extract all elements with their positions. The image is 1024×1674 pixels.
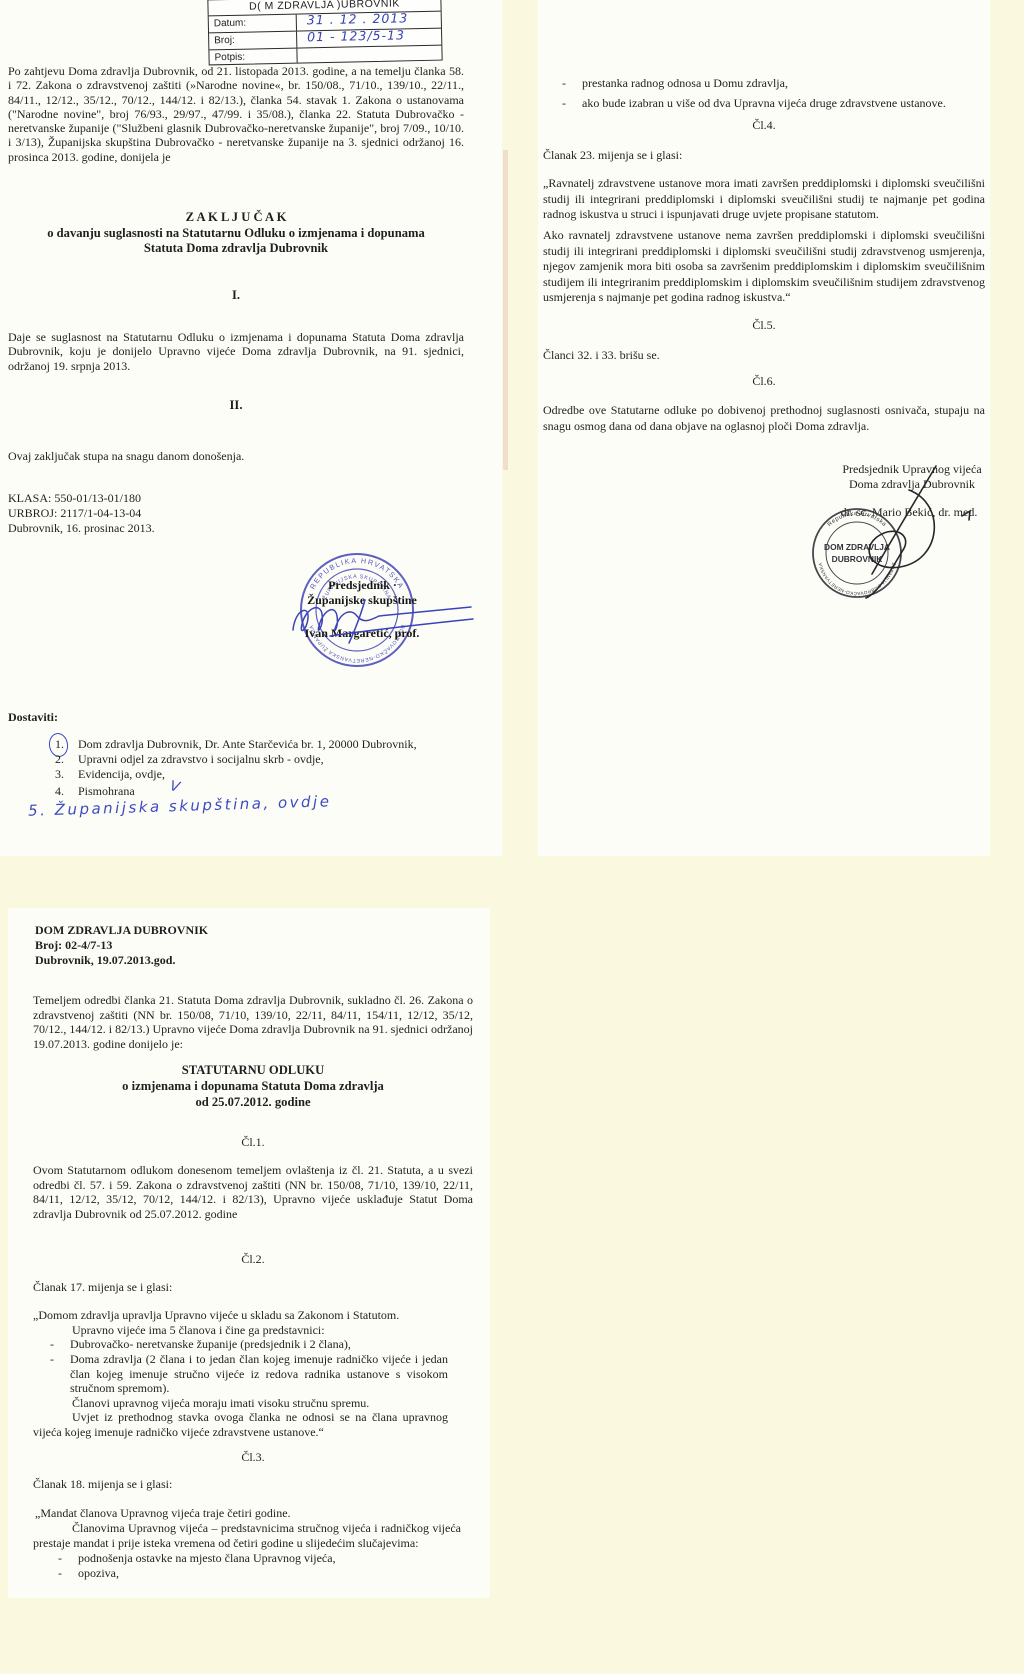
decision-subtitle-2: od 25.07.2012. godine (33, 1095, 473, 1111)
item-text: Upravni odjel za zdravstvo i socijalnu s… (78, 752, 480, 766)
item-number: 2. (55, 752, 75, 766)
clanak-17-text-1: „Domom zdravlja upravlja Upravno vijeće … (33, 1308, 473, 1323)
clanak-17-text-4: Uvjet iz prethodnog stavka ovoga članka … (33, 1410, 448, 1439)
conclusion-subtitle-1: o davanju suglasnosti na Statutarnu Odlu… (8, 226, 464, 242)
decision-title: STATUTARNU ODLUKU (33, 1063, 473, 1079)
scanned-document-composite: { "stamp_box": { "title": "D( M ZDRAVLJA… (0, 0, 1024, 1674)
page-edge-artifact (503, 150, 508, 470)
dash-bullet: - (562, 76, 566, 92)
page-statutory-decision-scan-p2: - prestanka radnog odnosa u Domu zdravlj… (538, 0, 990, 856)
conclusion-title: Z A K L J U Č A K (8, 210, 464, 226)
datum-label: Datum: (209, 15, 297, 33)
consent-paragraph: Daje se suglasnost na Statutarnu Odluku … (8, 330, 464, 373)
received-stamp-table: D( M ZDRAVLJA )UBROVNIK Datum: 31 . 12 .… (207, 0, 442, 65)
urbroj-line: URBROJ: 2117/1-04-13-04 (8, 506, 141, 520)
dostaviti-item-3: 3. Evidencija, ovdje, (0, 767, 500, 782)
clanak-18-text-2: Članovima Upravnog vijeća – predstavnici… (33, 1521, 461, 1550)
clanak-18-line: Članak 18. mijenja se i glasi: (33, 1477, 172, 1492)
item-number: 4. (55, 784, 75, 798)
page-statutory-decision-scan-p1: DOM ZDRAVLJA DUBROVNIK Broj: 02-4/7-13 D… (8, 908, 490, 1598)
article-3-heading: Čl.3. (33, 1450, 473, 1465)
bullet-text: podnošenja ostavke na mjesto člana Uprav… (78, 1551, 458, 1566)
clanak-17-line: Članak 17. mijenja se i glasi: (33, 1280, 172, 1295)
intro-paragraph: Po zahtjevu Doma zdravlja Dubrovnik, od … (8, 64, 464, 164)
doc-place-date-header: Dubrovnik, 19.07.2013.god. (35, 953, 175, 968)
dash-bullet: - (562, 96, 566, 112)
decision-subtitle-1: o izmjenama i dopunama Statuta Doma zdra… (33, 1079, 473, 1095)
bullet-text: opoziva, (78, 1566, 458, 1581)
bullet-text: ako bude izabran u više od dva Upravna v… (582, 96, 982, 112)
article-5-heading: Čl.5. (543, 318, 985, 334)
item-number: 1. (55, 737, 75, 751)
signer-title-line1: Predsjednik · (280, 578, 445, 592)
legal-basis-paragraph: Temeljem odredbi članka 21. Statuta Doma… (33, 993, 473, 1051)
place-date-line: Dubrovnik, 16. prosinac 2013. (8, 521, 155, 535)
bullet-text: prestanka radnog odnosa u Domu zdravlja, (582, 76, 982, 92)
article-1-heading: Čl.1. (33, 1135, 473, 1150)
dash-bullet: - (58, 1551, 62, 1566)
director-qualification-paragraph: „Ravnatelj zdravstvene ustanove mora ima… (543, 176, 985, 223)
article-4-heading: Čl.4. (543, 118, 985, 134)
dostaviti-item-2: 2. Upravni odjel za zdravstvo i socijaln… (0, 752, 500, 767)
dash-bullet: - (50, 1337, 54, 1352)
doc-number-header: Broj: 02-4/7-13 (35, 938, 112, 953)
clanak-17-text-3: Članovi upravnog vijeća moraju imati vis… (72, 1396, 472, 1411)
page-conclusion-scan: D( M ZDRAVLJA )UBROVNIK Datum: 31 . 12 .… (0, 0, 502, 856)
president-signature (275, 596, 480, 646)
dostaviti-item-1: 1. Dom zdravlja Dubrovnik, Dr. Ante Star… (0, 737, 500, 752)
potpis-handwritten-value (297, 44, 441, 63)
article-1-paragraph: Ovom Statutarnom odlukom donesenom temel… (33, 1163, 473, 1221)
effective-date-paragraph: Ovaj zaključak stupa na snagu danom dono… (8, 449, 464, 463)
clanak-17-text-2: Upravno vijeće ima 5 članova i čine ga p… (72, 1323, 472, 1338)
item-text: Evidencija, ovdje, (78, 767, 480, 781)
item-number: 3. (55, 767, 75, 781)
broj-label: Broj: (209, 32, 297, 50)
article-2-heading: Čl.2. (33, 1252, 473, 1267)
bullet-text: Dubrovačko- neretvanske županije (predsj… (70, 1337, 460, 1352)
dostaviti-label: Dostaviti: (8, 710, 58, 724)
dash-bullet: - (50, 1352, 54, 1367)
article-6-heading: Čl.6. (543, 374, 985, 390)
deputy-qualification-paragraph: Ako ravnatelj zdravstvene ustanove nema … (543, 228, 985, 306)
section-ii-heading: II. (8, 398, 464, 414)
org-name-header: DOM ZDRAVLJA DUBROVNIK (35, 923, 208, 938)
conclusion-subtitle-2: Statuta Doma zdravlja Dubrovnik (8, 241, 464, 257)
deleted-articles-line: Članci 32. i 33. brišu se. (543, 348, 660, 364)
clanak-23-line: Članak 23. mijenja se i glasi: (543, 148, 682, 164)
entry-into-force-paragraph: Odredbe ove Statutarne odluke po dobiven… (543, 403, 985, 434)
potpis-label: Potpis: (209, 49, 297, 65)
item-text: Dom zdravlja Dubrovnik, Dr. Ante Starčev… (78, 737, 480, 751)
section-i-heading: I. (8, 288, 464, 304)
klasa-line: KLASA: 550-01/13-01/180 (8, 491, 141, 505)
bullet-text: Doma zdravlja (2 člana i to jedan član k… (70, 1352, 448, 1396)
dash-bullet: - (58, 1566, 62, 1581)
director-signature (814, 452, 984, 602)
clanak-18-text-1: „Mandat članova Upravnog vijeća traje če… (35, 1506, 475, 1521)
